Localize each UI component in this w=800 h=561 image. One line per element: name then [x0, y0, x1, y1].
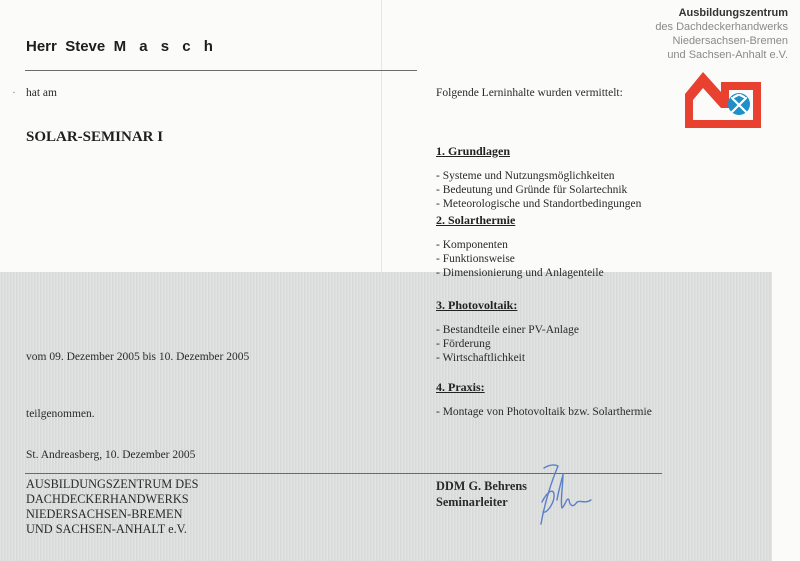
- seminar-title: SOLAR-SEMINAR I: [26, 129, 163, 146]
- org-header: Ausbildungszentrum des Dachdeckerhandwer…: [655, 6, 788, 62]
- org-header-line: Ausbildungszentrum: [655, 6, 788, 20]
- section-title: 4. Praxis:: [436, 380, 652, 395]
- issuer-line: UND SACHSEN-ANHALT e.V.: [26, 522, 199, 537]
- list-item: - Komponenten: [436, 238, 604, 252]
- content-intro: Folgende Lerninhalte wurden vermittelt:: [436, 87, 623, 99]
- section-praxis: 4. Praxis: - Montage von Photovoltaik bz…: [436, 380, 652, 419]
- issuer-line: AUSBILDUNGSZENTRUM DES: [26, 477, 199, 492]
- paper-fold-line: [381, 0, 382, 561]
- signer-name: DDM G. Behrens: [436, 478, 527, 494]
- list-item: - Dimensionierung und Anlagenteile: [436, 266, 604, 280]
- issuer-line: DACHDECKERHANDWERKS: [26, 492, 199, 507]
- list-item: - Meteorologische und Standortbedingunge…: [436, 197, 641, 211]
- list-item: - Funktionsweise: [436, 252, 604, 266]
- org-header-line: und Sachsen-Anhalt e.V.: [655, 48, 788, 62]
- list-item: - Montage von Photovoltaik bzw. Solarthe…: [436, 405, 652, 419]
- section-grundlagen: 1. Grundlagen - Systeme und Nutzungsmögl…: [436, 144, 641, 211]
- list-item: - Wirtschaftlichkeit: [436, 351, 579, 365]
- section-title: 3. Photovoltaik:: [436, 298, 579, 313]
- recipient-first-name: Steve: [65, 38, 105, 55]
- list-item: - Bedeutung und Gründe für Solartechnik: [436, 183, 641, 197]
- signer-block: DDM G. Behrens Seminarleiter: [436, 478, 527, 510]
- list-item: - Förderung: [436, 337, 579, 351]
- recipient-salutation: Herr: [26, 38, 57, 55]
- hat-am-text: hat am: [26, 87, 57, 99]
- list-item: - Bestandteile einer PV-Anlage: [436, 323, 579, 337]
- place-date: St. Andreasberg, 10. Dezember 2005: [26, 449, 195, 461]
- org-header-line: Niedersachsen-Bremen: [655, 34, 788, 48]
- handwritten-signature-icon: [533, 462, 613, 537]
- signer-role: Seminarleiter: [436, 494, 527, 510]
- list-item: - Systeme und Nutzungsmöglichkeiten: [436, 169, 641, 183]
- recipient-name: Herr Steve M a s c h: [26, 38, 217, 55]
- issuer-organization: AUSBILDUNGSZENTRUM DES DACHDECKERHANDWER…: [26, 477, 199, 537]
- issuer-line: NIEDERSACHSEN-BREMEN: [26, 507, 199, 522]
- top-divider: [25, 70, 417, 71]
- roof-house-logo-icon: [683, 68, 765, 135]
- date-range: vom 09. Dezember 2005 bis 10. Dezember 2…: [26, 351, 249, 363]
- section-title: 2. Solarthermie: [436, 213, 604, 228]
- section-photovoltaik: 3. Photovoltaik: - Bestandteile einer PV…: [436, 298, 579, 365]
- org-header-line: des Dachdeckerhandwerks: [655, 20, 788, 34]
- section-solarthermie: 2. Solarthermie - Komponenten - Funktion…: [436, 213, 604, 280]
- participated-text: teilgenommen.: [26, 408, 95, 420]
- section-title: 1. Grundlagen: [436, 144, 641, 159]
- recipient-last-name: M a s c h: [114, 38, 218, 55]
- stray-mark: ·: [12, 87, 16, 99]
